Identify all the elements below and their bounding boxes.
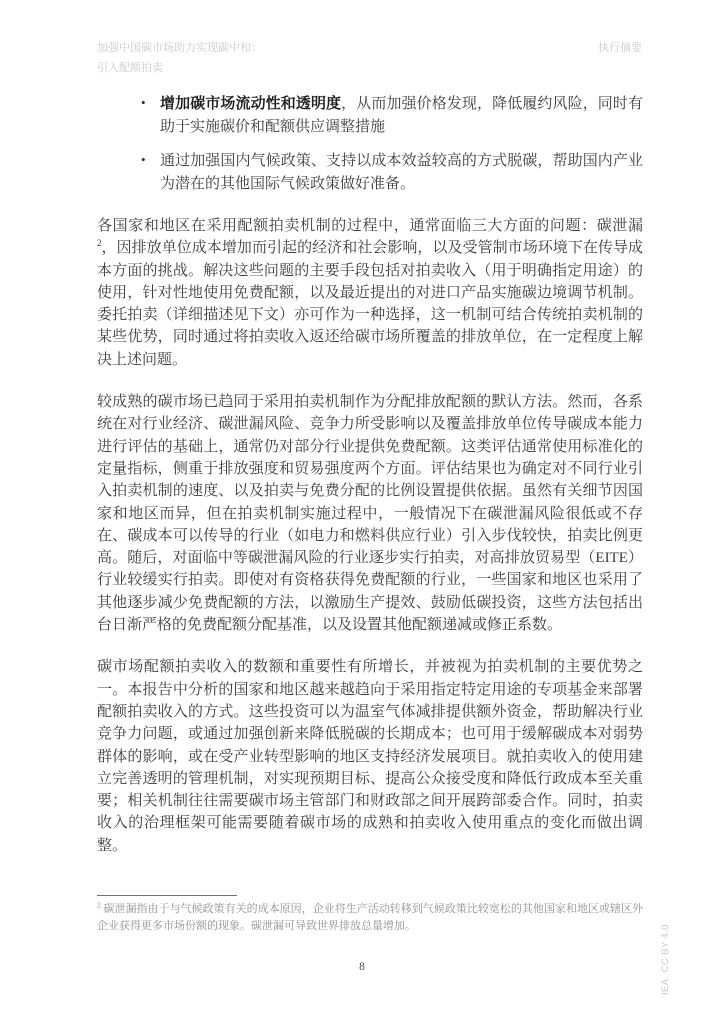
document-page: 加强中国碳市场助力实现碳中和： 引入配额拍卖 执行摘要 • 增加碳市场流动性和透…	[0, 0, 724, 1024]
footnote: 2 碳泄漏指由于与气候政策有关的成本原因，企业将生产活动转移到气候政策比较宽松的…	[97, 901, 643, 934]
body-text-column: • 增加碳市场流动性和透明度，从而加强价格发现，降低履约风险，同时有助于实施碳价…	[97, 93, 643, 857]
header-document-title: 加强中国碳市场助力实现碳中和： 引入配额拍卖	[97, 38, 262, 78]
list-item: • 增加碳市场流动性和透明度，从而加强价格发现，降低履约风险，同时有助于实施碳价…	[97, 93, 643, 138]
bullet-lead-bold: 增加碳市场流动性和透明度	[160, 96, 341, 112]
paragraph-1-text: 各国家和地区在采用配额拍卖机制的过程中，通常面临三大方面的问题：碳泄漏	[97, 218, 643, 234]
bullet-text: 通过加强国内气候政策、支持以成本效益较高的方式脱碳，帮助国内产业为潜在的其他国际…	[160, 153, 643, 192]
header-title-line2: 引入配额拍卖	[97, 58, 262, 78]
footnote-text: 碳泄漏指由于与气候政策有关的成本原因，企业将生产活动转移到气候政策比较宽松的其他…	[97, 903, 643, 932]
bullet-icon: •	[141, 149, 146, 172]
header-section-label: 执行摘要	[598, 38, 642, 58]
running-header: 加强中国碳市场助力实现碳中和： 引入配额拍卖 执行摘要	[97, 38, 642, 78]
header-title-line1: 加强中国碳市场助力实现碳中和：	[97, 38, 262, 58]
bullet-list: • 增加碳市场流动性和透明度，从而加强价格发现，降低履约风险，同时有助于实施碳价…	[97, 93, 643, 195]
bullet-icon: •	[141, 92, 146, 115]
license-side-label: IEA. CC BY 4.0	[660, 913, 671, 995]
list-item: • 通过加强国内气候政策、支持以成本效益较高的方式脱碳，帮助国内产业为潜在的其他…	[97, 150, 643, 195]
paragraph-2: 较成熟的碳市场已趋同于采用拍卖机制作为分配排放配额的默认方法。然而，各系统在对行…	[97, 391, 643, 636]
paragraph-1: 各国家和地区在采用配额拍卖机制的过程中，通常面临三大方面的问题：碳泄漏 2，因排…	[97, 215, 643, 371]
page-number: 8	[0, 961, 724, 973]
paragraph-3: 碳市场配额拍卖收入的数额和重要性有所增长，并被视为拍卖机制的主要优势之一。本报告…	[97, 656, 643, 857]
paragraph-1-text-continued: ，因排放单位成本增加而引起的经济和社会影响，以及受管制市场环境下在传导成本方面的…	[97, 240, 643, 367]
footnote-separator-line	[97, 895, 237, 896]
